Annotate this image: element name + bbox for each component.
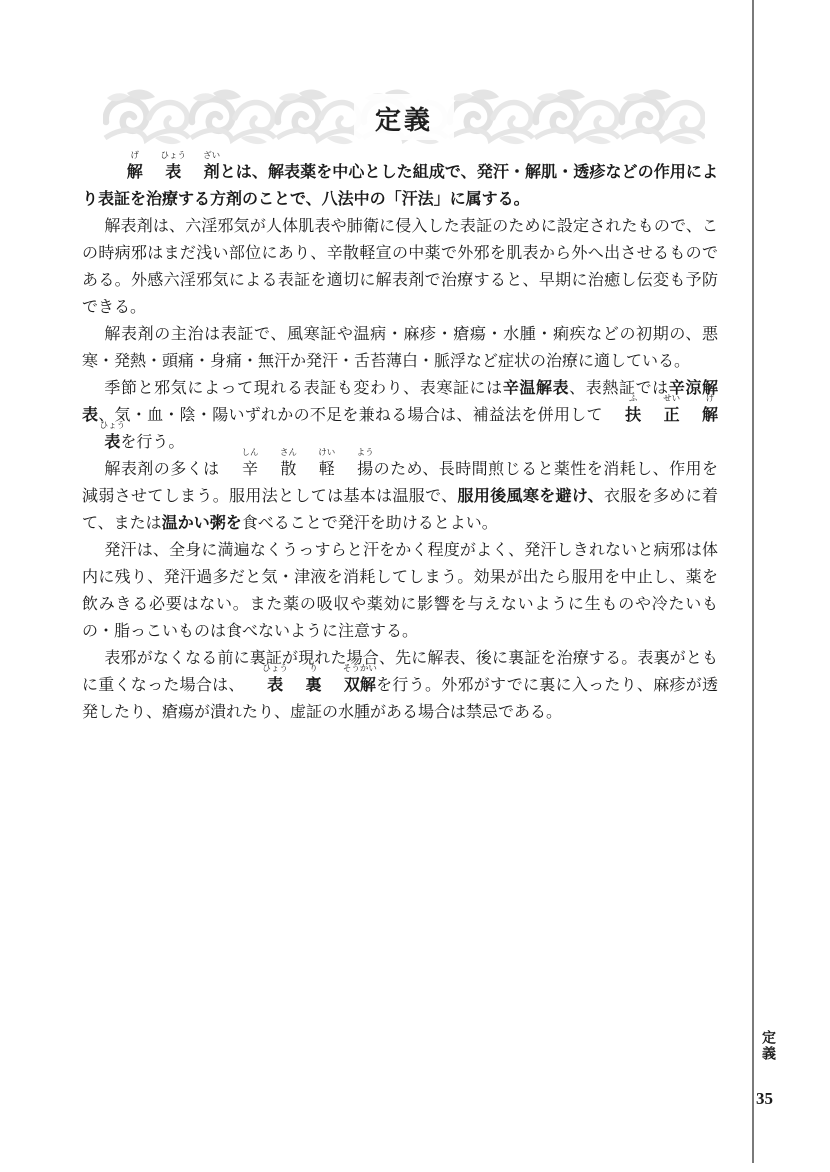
ruby-group: げ解 xyxy=(680,402,718,429)
paragraph: 解表剤の主治は表証で、風寒証や温病・麻疹・瘡瘍・水腫・痢疾などの初期の、悪寒・発… xyxy=(82,321,718,375)
ruby-group: ふ扶 xyxy=(603,402,641,429)
furigana: けい xyxy=(296,448,335,457)
paragraph: げ解ひょう表ざい剤とは、解表薬を中心とした組成で、発汗・解肌・透疹などの作用によ… xyxy=(82,159,718,213)
furigana: よう xyxy=(334,448,373,457)
emphasized-text: 服用後風寒を避け、 xyxy=(458,488,604,505)
text-run: 発汗は、全身に満遍なくうっすらと汗をかく程度がよく、発汗しきれないと病邪は体内に… xyxy=(82,542,718,640)
furigana: しん xyxy=(219,448,258,457)
ruby-group: ひょう表 xyxy=(82,429,120,456)
side-tab-label: 定義 xyxy=(757,1030,777,1062)
ruby-group: ひょう表 xyxy=(245,672,283,699)
body-text: げ解ひょう表ざい剤とは、解表薬を中心とした組成で、発汗・解肌・透疹などの作用によ… xyxy=(82,159,718,726)
furigana: げ xyxy=(108,151,139,160)
ruby-group: げ解 xyxy=(104,159,142,186)
text-run: 解表剤の主治は表証で、風寒証や温病・麻疹・瘡瘍・水腫・痢疾などの初期の、悪寒・発… xyxy=(82,326,718,370)
ruby-group: ひょう表 xyxy=(143,159,181,186)
ruby-group: さん散 xyxy=(258,456,296,483)
paragraph: 季節と邪気によって現れる表証も変わり、表寒証には辛温解表、表熱証では辛涼解表、気… xyxy=(82,375,718,456)
emphasized-text: 辛温解表 xyxy=(503,380,569,397)
text-run: 、気・血・陰・陽いずれかの不足を兼ねる場合は、補益法を併用して xyxy=(98,407,602,424)
furigana: ふ xyxy=(607,394,638,403)
ruby-group: しん辛 xyxy=(220,456,258,483)
paragraph: 発汗は、全身に満遍なくうっすらと汗をかく程度がよく、発汗しきれないと病邪は体内に… xyxy=(82,537,718,645)
furigana: ひょう xyxy=(77,421,125,430)
furigana: そうかい xyxy=(320,664,376,673)
chapter-title: 定義 xyxy=(103,100,705,137)
text-run: 解表剤の多くは xyxy=(104,461,219,478)
page-number: 35 xyxy=(756,1089,773,1109)
furigana: げ xyxy=(683,394,714,403)
emphasized-text: 温かい粥を xyxy=(162,515,242,532)
furigana: さん xyxy=(257,448,296,457)
chapter-header-band: 定義 xyxy=(103,88,705,147)
paragraph: 表邪がなくなる前に裏証が現れた場合、先に解表、後に裏証を治療する。表裏がともに重… xyxy=(82,645,718,726)
page-edge-rule xyxy=(752,0,754,1163)
furigana: ひょう xyxy=(138,151,186,160)
ruby-group: り裏 xyxy=(283,672,321,699)
text-run: を行う。 xyxy=(120,434,184,451)
text-run: 解表剤は、六淫邪気が人体肌表や肺衛に侵入した表証のために設定されたもので、この時… xyxy=(82,218,718,316)
furigana: ひょう xyxy=(240,664,288,673)
text-run: 季節と邪気によって現れる表証も変わり、表寒証には xyxy=(104,380,502,397)
ruby-group: そうかい双解 xyxy=(321,672,375,699)
furigana: り xyxy=(287,664,318,673)
ruby-group: けい軽 xyxy=(296,456,334,483)
furigana: せい xyxy=(641,394,680,403)
ruby-group: せい正 xyxy=(641,402,679,429)
page: 定義 げ解ひょう表ざい剤とは、解表薬を中心とした組成で、発汗・解肌・透疹などの作… xyxy=(0,0,830,1172)
furigana: ざい xyxy=(181,151,220,160)
ruby-group: よう揚 xyxy=(335,456,373,483)
paragraph: 解表剤は、六淫邪気が人体肌表や肺衛に侵入した表証のために設定されたもので、この時… xyxy=(82,213,718,321)
paragraph: 解表剤の多くはしん辛さん散けい軽よう揚のため、長時間煎じると薬性を消耗し、作用を… xyxy=(82,456,718,537)
ruby-group: ざい剤 xyxy=(181,159,219,186)
text-run: 食べることで発汗を助けるとよい。 xyxy=(242,515,498,532)
